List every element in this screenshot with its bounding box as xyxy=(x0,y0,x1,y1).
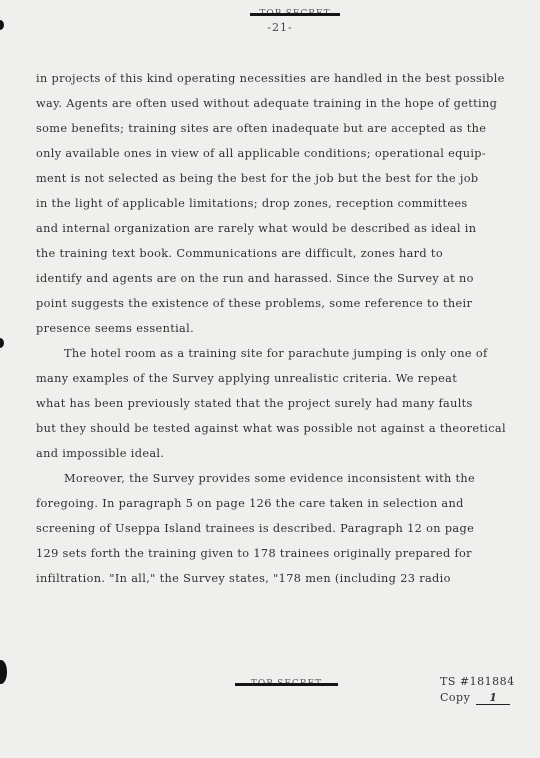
text-line: and impossible ideal. xyxy=(36,441,516,466)
text-line: in the light of applicable limitations; … xyxy=(36,191,516,216)
control-number-block: TS #181884 Copy1 xyxy=(440,674,515,706)
text-line: 129 sets forth the training given to 178… xyxy=(36,541,516,566)
strikethrough-bar xyxy=(250,13,340,16)
text-line: Moreover, the Survey provides some evide… xyxy=(36,466,516,491)
text-line: only available ones in view of all appli… xyxy=(36,141,516,166)
text-line: foregoing. In paragraph 5 on page 126 th… xyxy=(36,491,516,516)
punch-hole xyxy=(0,660,7,684)
copy-number: 1 xyxy=(476,692,510,705)
text-line: ment is not selected as being the best f… xyxy=(36,166,516,191)
text-line: but they should be tested against what w… xyxy=(36,416,516,441)
text-line: point suggests the existence of these pr… xyxy=(36,291,516,316)
strikethrough-bar xyxy=(235,683,338,686)
text-line: infiltration. "In all," the Survey state… xyxy=(36,566,516,591)
copy-line: Copy1 xyxy=(440,690,515,706)
classification-marking-bottom: TOP SECRET xyxy=(235,678,338,690)
text-line: many examples of the Survey applying unr… xyxy=(36,366,516,391)
text-line: way. Agents are often used without adequ… xyxy=(36,91,516,116)
ts-number: TS #181884 xyxy=(440,674,515,690)
document-page: TOP SECRET -21- in projects of this kind… xyxy=(0,0,540,758)
punch-hole xyxy=(0,20,4,30)
text-line: The hotel room as a training site for pa… xyxy=(36,341,516,366)
text-line: screening of Useppa Island trainees is d… xyxy=(36,516,516,541)
text-line: and internal organization are rarely wha… xyxy=(36,216,516,241)
page-number: -21- xyxy=(250,21,310,34)
copy-label: Copy xyxy=(440,691,470,704)
classification-marking-top: TOP SECRET xyxy=(250,8,340,20)
text-line: what has been previously stated that the… xyxy=(36,391,516,416)
text-line: the training text book. Communications a… xyxy=(36,241,516,266)
text-line: some benefits; training sites are often … xyxy=(36,116,516,141)
document-body: in projects of this kind operating neces… xyxy=(36,66,516,591)
text-line: identify and agents are on the run and h… xyxy=(36,266,516,291)
punch-hole xyxy=(0,338,4,348)
text-line: in projects of this kind operating neces… xyxy=(36,66,516,91)
text-line: presence seems essential. xyxy=(36,316,516,341)
